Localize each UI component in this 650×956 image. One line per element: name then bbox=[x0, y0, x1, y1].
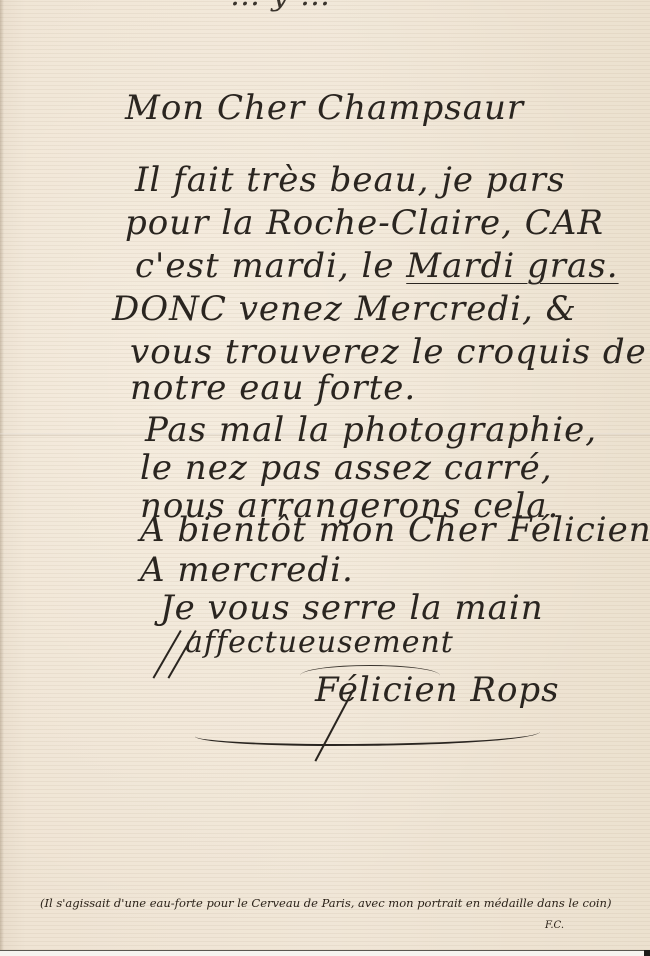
body-line: Pas mal la photographie, bbox=[145, 410, 597, 450]
body-line: A bientôt mon Cher Félicien bbox=[140, 510, 650, 550]
closing: affectueusement bbox=[185, 625, 454, 660]
body-line: Je vous serre la main bbox=[160, 588, 544, 628]
footnote: (Il s'agissait d'une eau-forte pour le C… bbox=[40, 896, 611, 910]
salutation: Mon Cher Champsaur bbox=[125, 88, 524, 128]
body-line-text: c'est mardi, le bbox=[135, 246, 406, 286]
letter-page: … y … Mon Cher Champsaur Il fait très be… bbox=[0, 0, 650, 950]
body-line: le nez pas assez carré, bbox=[140, 448, 553, 488]
body-line: DONC venez Mercredi, & bbox=[112, 289, 577, 329]
paper-edge bbox=[0, 0, 4, 950]
body-line: vous trouverez le croquis de bbox=[130, 332, 647, 372]
body-line: notre eau forte. bbox=[130, 368, 416, 408]
body-line: A mercredi. bbox=[140, 550, 354, 590]
top-fragment: … y … bbox=[230, 0, 331, 13]
scan-corner bbox=[644, 950, 650, 956]
body-line: pour la Roche-Claire, CAR bbox=[125, 203, 604, 243]
scan-edge bbox=[0, 950, 650, 956]
body-line: c'est mardi, le Mardi gras. bbox=[135, 246, 619, 286]
footnote-initials: F.C. bbox=[545, 920, 564, 931]
underlined-word: Mardi gras. bbox=[406, 246, 618, 286]
flourish-stroke bbox=[153, 630, 182, 679]
signature-underline bbox=[195, 722, 540, 746]
body-line: Il fait très beau, je pars bbox=[135, 160, 565, 200]
